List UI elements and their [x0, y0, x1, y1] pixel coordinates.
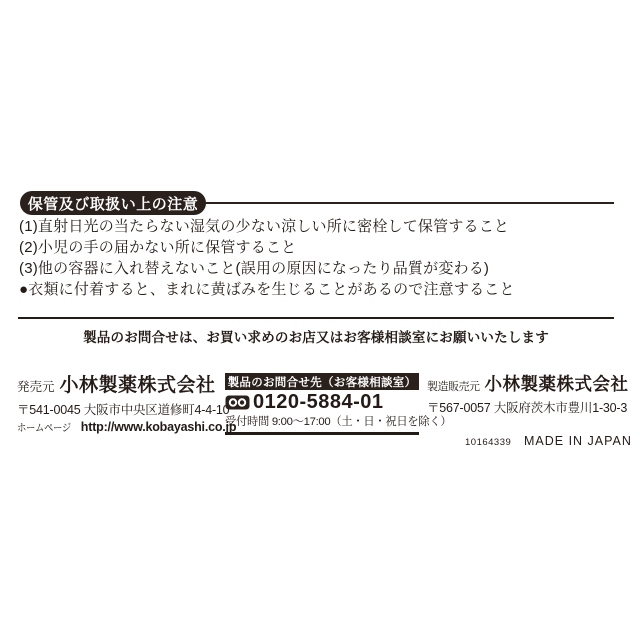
made-in-japan-label: MADE IN JAPAN	[524, 434, 632, 448]
contact-header-bar: 製品のお問合せ先（お客様相談室）	[225, 373, 419, 390]
precaution-item: ●衣類に付着すると、まれに黄ばみを生じることがあるので注意すること	[19, 279, 625, 300]
product-label: 保管及び取扱い上の注意 (1)直射日光の当たらない湿気の少ない涼しい所に密栓して…	[0, 0, 640, 640]
distributor-role-label: 発売元	[17, 377, 55, 395]
lot-code: 10164339	[465, 437, 511, 448]
phone-row: 0120-5884-01	[225, 392, 419, 412]
homepage-url: http://www.kobayashi.co.jp	[81, 420, 236, 434]
precaution-item: (3)他の容器に入れ替えないこと(誤用の原因になったり品質が変わる)	[19, 258, 625, 279]
contact-box: 製品のお問合せ先（お客様相談室） 0120-5884-01 受付時間 9:00～…	[225, 373, 419, 435]
phone-number: 0120-5884-01	[253, 391, 384, 414]
contact-underline	[225, 432, 419, 435]
inquiry-note: 製品のお問合せは、お買い求めのお店又はお客様相談室にお願いいたします	[18, 326, 614, 346]
precaution-item: (2)小児の手の届かない所に保管すること	[19, 237, 625, 258]
precaution-item: (1)直射日光の当たらない湿気の少ない涼しい所に密栓して保管すること	[19, 216, 625, 237]
manufacturer-role-label: 製造販売元	[427, 378, 480, 394]
distributor-company-name: 小林製薬株式会社	[60, 370, 216, 397]
homepage-label: ホームページ	[17, 420, 71, 435]
manufacturer-address: 〒567-0057 大阪府茨木市豊川1-30-3	[427, 398, 627, 416]
manufacturer-company-name: 小林製薬株式会社	[485, 371, 629, 396]
section-divider	[18, 317, 614, 319]
distributor-info: 発売元 小林製薬株式会社 〒541-0045 大阪市中央区道修町4-4-10 ホ…	[17, 370, 217, 435]
manufacturer-info: 製造販売元 小林製薬株式会社 〒567-0057 大阪府茨木市豊川1-30-3	[427, 371, 627, 416]
precautions-heading-badge: 保管及び取扱い上の注意	[20, 191, 206, 215]
heading-rule	[198, 202, 614, 204]
freedial-icon	[225, 395, 250, 410]
reception-hours: 受付時間 9:00～17:00（土・日・祝日を除く）	[225, 413, 419, 429]
distributor-address: 〒541-0045 大阪市中央区道修町4-4-10	[17, 400, 217, 418]
precaution-list: (1)直射日光の当たらない湿気の少ない涼しい所に密栓して保管すること (2)小児…	[19, 216, 625, 300]
